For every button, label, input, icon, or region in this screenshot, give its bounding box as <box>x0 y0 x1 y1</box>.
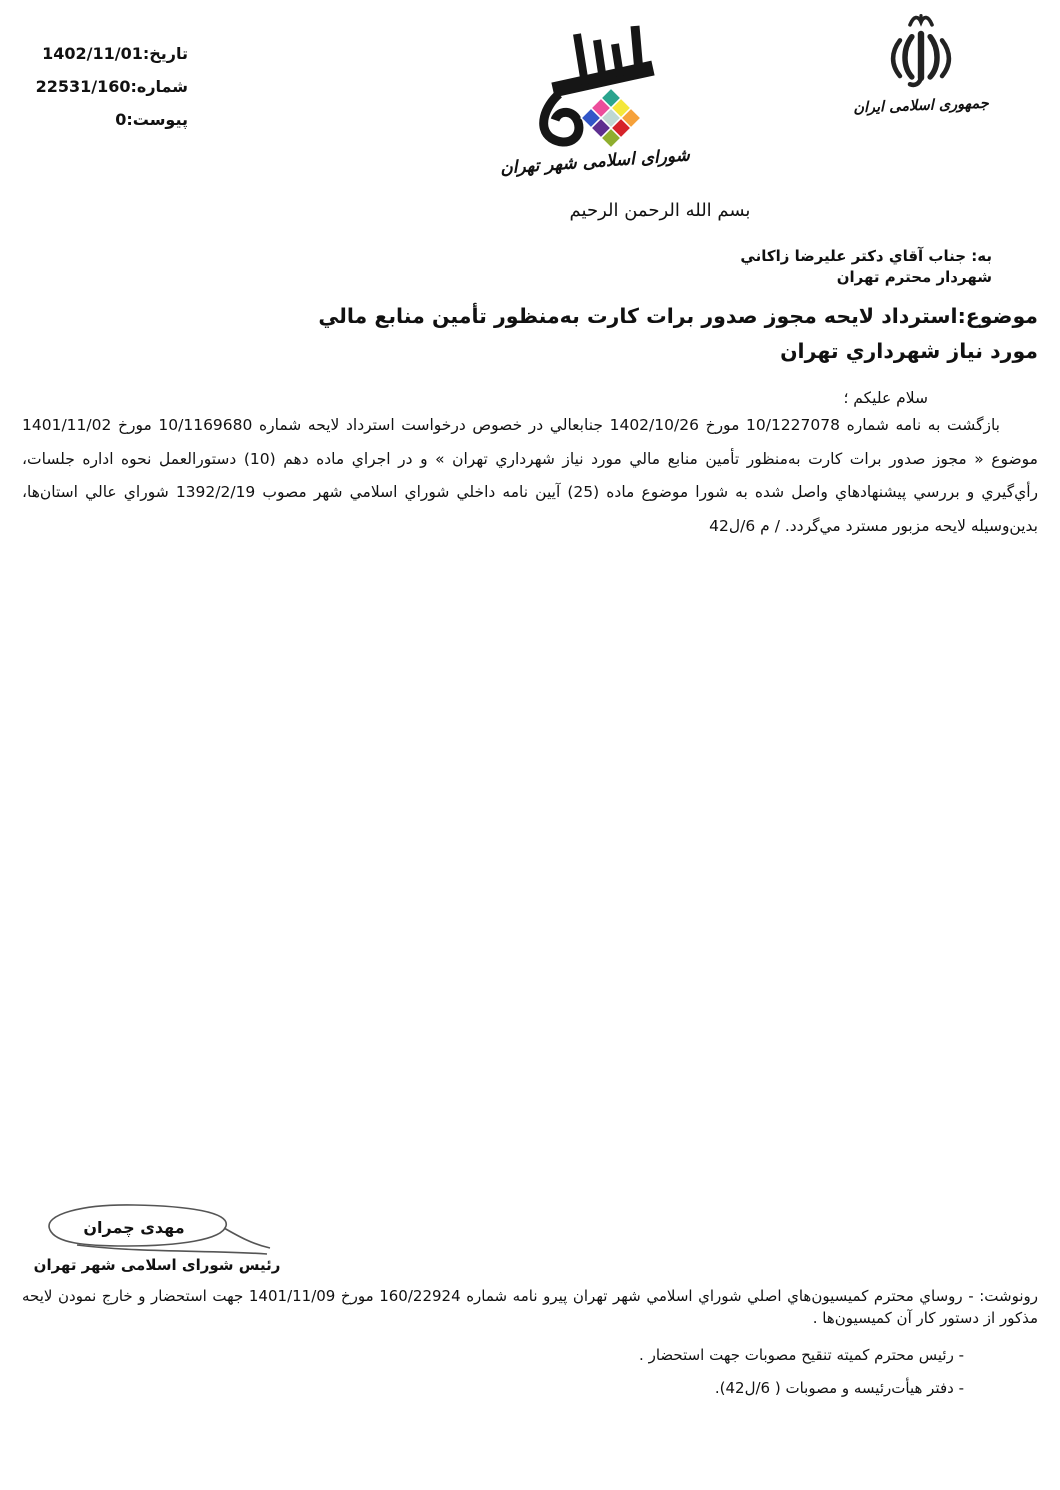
cc-item: رونوشت: - روساي محترم كميسيون‌هاي اصلي ش… <box>22 1286 1038 1329</box>
body-line: بدين‌وسيله لايحه مزبور مسترد مي‌گردد. / … <box>22 510 1038 544</box>
attachment-value: 0 <box>115 110 126 129</box>
recipient-block: به: جناب آقاي دكتر عليرضا زاكاني شهردار … <box>740 246 992 288</box>
subject-block: موضوع:استرداد لايحه مجوز صدور برات كارت … <box>278 299 1038 369</box>
basmala: بسم الله الرحمن الرحيم <box>545 200 775 221</box>
signature-scribble-icon: مهدی چمران <box>22 1198 292 1256</box>
subject-line-1: موضوع:استرداد لايحه مجوز صدور برات كارت … <box>278 299 1038 334</box>
letter-body: بازگشت به نامه شماره 10/1227078 مورخ 140… <box>22 409 1038 543</box>
iran-emblem-caption: جمهوری اسلامی ایران <box>846 95 996 116</box>
number-field: شماره:22531/160 <box>28 77 188 96</box>
council-logo-icon <box>515 6 675 156</box>
cc-item: - رئيس محترم كميته تنقيح مصوبات جهت استح… <box>22 1345 1038 1367</box>
recipient-title: شهردار محترم تهران <box>740 267 992 288</box>
date-label: تاریخ: <box>143 44 188 63</box>
tehran-council-logo: شورای اسلامی شهر تهران <box>470 6 720 172</box>
signature-block: مهدی چمران رئيس شورای اسلامی شهر تهران <box>12 1198 302 1274</box>
carbon-copy-list: رونوشت: - روساي محترم كميسيون‌هاي اصلي ش… <box>22 1286 1038 1410</box>
body-line: رأي‌گيري و بررسي پيشنهادهاي واصل شده به … <box>22 476 1038 510</box>
attachment-field: پیوست:0 <box>28 110 188 129</box>
signatory-title: رئيس شورای اسلامی شهر تهران <box>12 1256 302 1274</box>
number-label: شماره: <box>130 77 188 96</box>
subject-line-2: مورد نياز شهرداري تهران <box>278 334 1038 369</box>
number-value: 22531/160 <box>36 77 131 96</box>
date-field: تاریخ:1402/11/01 <box>28 44 188 63</box>
date-value: 1402/11/01 <box>42 44 143 63</box>
iran-emblem-icon <box>875 12 967 98</box>
recipient-name: به: جناب آقاي دكتر عليرضا زاكاني <box>740 246 992 267</box>
letter-meta-fields: تاریخ:1402/11/01 شماره:22531/160 پیوست:0 <box>28 44 188 143</box>
official-letter-page: تاریخ:1402/11/01 شماره:22531/160 پیوست:0 <box>0 0 1060 1490</box>
salutation: سلام عليكم ؛ <box>843 389 928 407</box>
iran-national-emblem: جمهوری اسلامی ایران <box>846 12 996 114</box>
body-line: موضوع « مجوز صدور برات كارت به‌منظور تأم… <box>22 443 1038 477</box>
council-logo-diamonds <box>581 88 641 148</box>
cc-item: - دفتر هيأت‌رئيسه و مصوبات ( 6/ل42). <box>22 1378 1038 1400</box>
body-line: بازگشت به نامه شماره 10/1227078 مورخ 140… <box>22 409 1038 443</box>
signatory-name: مهدی چمران <box>83 1218 184 1238</box>
attachment-label: پیوست: <box>126 110 188 129</box>
